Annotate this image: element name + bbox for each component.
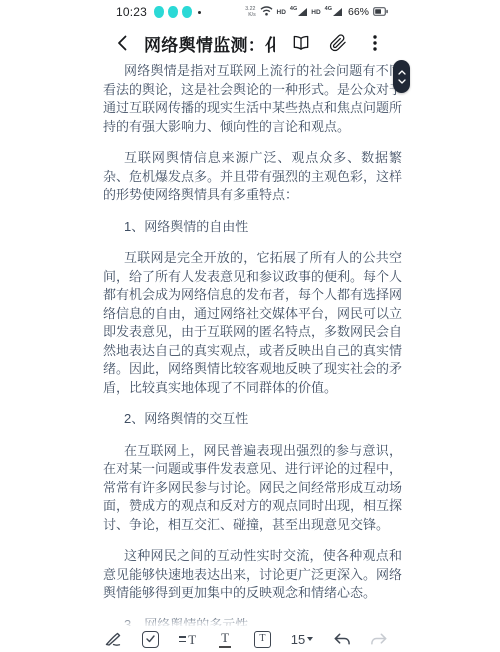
paragraph-style-button[interactable]: T [179, 628, 197, 650]
open-book-icon [291, 34, 311, 52]
kebab-menu-icon [367, 34, 383, 52]
battery-percent: 66% [348, 6, 369, 18]
section-heading: 2、网络舆情的交互性 [103, 410, 402, 429]
paragraph: 这种网民之间的互动性实时交流，使各种观点和意见能够快速地表达出来，讨论更广泛更深… [103, 547, 402, 603]
status-left: 10:23 [116, 5, 201, 19]
redo-button[interactable] [370, 628, 388, 650]
network-speed-unit: K/s [248, 12, 256, 18]
phone-screen: 10:23 3.22 K/s HD 4G HD [0, 0, 500, 652]
handwriting-pen-button[interactable] [104, 628, 122, 650]
paragraph: 在互联网上，网民普遍表现出强烈的参与意识，在对某一问题或事件发表意见、进行评论的… [103, 442, 402, 535]
font-size-value: 15 [291, 632, 305, 647]
paragraph-style-icon: T [179, 633, 196, 646]
attachment-button[interactable] [327, 32, 349, 54]
back-button[interactable] [112, 32, 134, 54]
font-size-dropdown[interactable]: 15 [291, 628, 313, 650]
app-notification-icon [168, 6, 178, 18]
app-bar: 网络舆情监测：化... [112, 27, 386, 59]
status-right: 3.22 K/s HD 4G HD 4G 66% [245, 3, 388, 21]
network-speed-value: 3.22 [245, 6, 255, 12]
chevron-up-icon [398, 70, 406, 75]
checkbox-icon [142, 631, 159, 648]
volte-hd-icon: HD [277, 9, 286, 16]
caret-down-icon [307, 637, 313, 641]
app-notification-icon [182, 6, 192, 18]
app-notification-icon [154, 6, 164, 18]
text-color-button[interactable]: T [216, 628, 234, 650]
undo-arrow-icon [333, 632, 351, 647]
note-title: 网络舆情监测：化... [144, 31, 275, 56]
signal-strength-icon: 4G [290, 8, 307, 16]
signal-strength-icon: 4G [325, 8, 342, 16]
scroll-handle[interactable] [393, 60, 410, 93]
back-chevron-icon [114, 34, 132, 52]
paperclip-icon [329, 34, 347, 52]
paragraph: 互联网是完全开放的，它拓展了所有人的公共空间，给了所有人发表意见和参议政事的便利… [103, 249, 402, 397]
clock: 10:23 [116, 5, 147, 19]
paragraph: 网络舆情是指对互联网上流行的社会问题有不同看法的舆论，这是社会舆论的一种形式。是… [103, 62, 402, 136]
undo-button[interactable] [333, 628, 351, 650]
network-speed-indicator: 3.22 K/s [245, 6, 256, 18]
wifi-icon [260, 3, 273, 21]
edit-toolbar: T T T 15 [0, 626, 500, 652]
notification-overflow-dot-icon [198, 11, 201, 14]
battery-icon [373, 3, 388, 21]
status-bar: 10:23 3.22 K/s HD 4G HD [116, 3, 388, 21]
underlined-t-icon: T [219, 631, 231, 648]
paragraph: 互联网舆情信息来源广泛、观点众多、数据繁杂、危机爆发点多。并且带有强烈的主观色彩… [103, 149, 402, 205]
app-bar-actions [275, 32, 386, 54]
reader-mode-button[interactable] [290, 32, 312, 54]
checkbox-button[interactable] [141, 628, 159, 650]
pen-icon [104, 631, 122, 647]
chevron-down-icon [398, 79, 406, 84]
more-options-button[interactable] [364, 32, 386, 54]
text-format-button[interactable]: T [253, 628, 271, 650]
document-body[interactable]: 网络舆情是指对互联网上流行的社会问题有不同看法的舆论，这是社会舆论的一种形式。是… [103, 62, 402, 628]
volte-hd-icon: HD [311, 9, 320, 16]
section-heading: 1、网络舆情的自由性 [103, 218, 402, 237]
boxed-t-icon: T [254, 631, 271, 648]
redo-arrow-icon [370, 632, 388, 647]
